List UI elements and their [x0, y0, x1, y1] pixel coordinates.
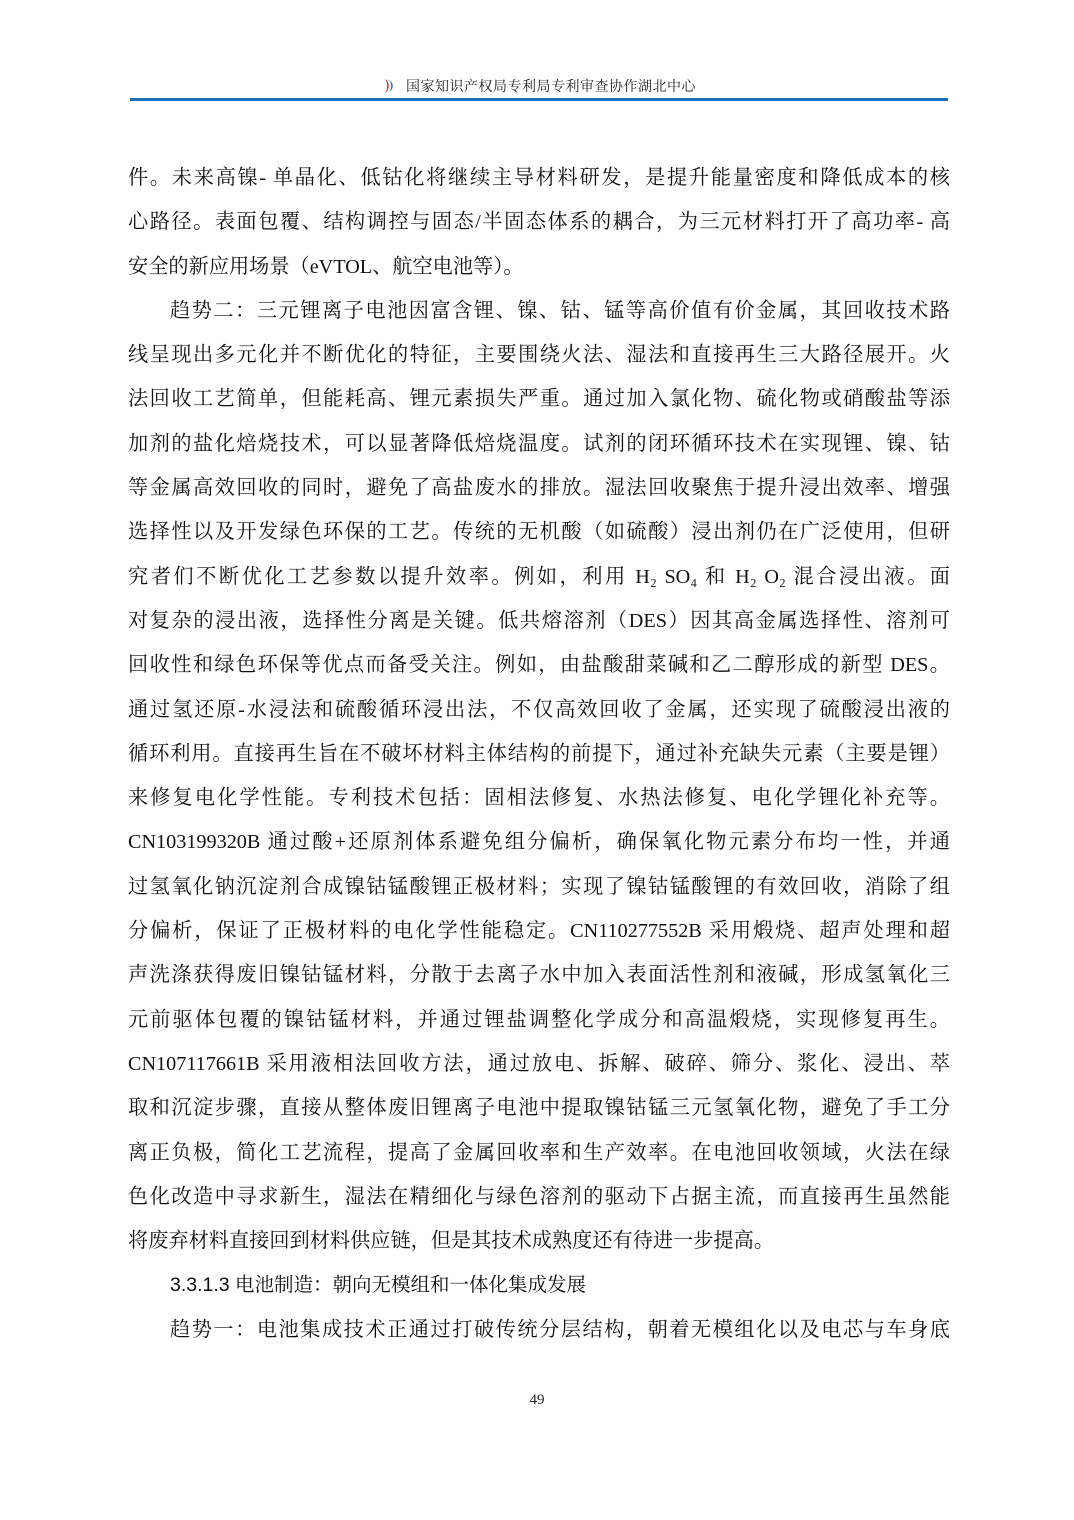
text-line: CN103199320B 通过酸+还原剂体系避免组分偏析，确保氧化物元素分布均一… — [128, 820, 950, 864]
header-rule — [130, 98, 948, 101]
text-line: CN107117661B 采用液相法回收方法，通过放电、拆解、破碎、筛分、浆化、… — [128, 1042, 950, 1086]
text-line: 选择性以及开发绿色环保的工艺。传统的无机酸（如硫酸）浸出剂仍在广泛使用，但研 — [128, 510, 950, 554]
text-line: 对复杂的浸出液，选择性分离是关键。低共熔溶剂（DES）因其高金属选择性、溶剂可 — [128, 599, 950, 643]
text-line: 回收性和绿色环保等优点而备受关注。例如，由盐酸甜菜碱和乙二醇形成的新型 DES。 — [128, 643, 950, 687]
text-line: 色化改造中寻求新生，湿法在精细化与绿色溶剂的驱动下占据主流，而直接再生虽然能 — [128, 1175, 950, 1219]
text-line: 通过氢还原-水浸法和硫酸循环浸出法，不仅高效回收了金属，还实现了硫酸浸出液的 — [128, 688, 950, 732]
text-line: 元前驱体包覆的镍钴锰材料，并通过锂盐调整化学成分和高温煅烧，实现修复再生。 — [128, 998, 950, 1042]
text-line: 加剂的盐化焙烧技术，可以显著降低焙烧温度。试剂的闭环循环技术在实现锂、镍、钴 — [128, 422, 950, 466]
page-number: 49 — [0, 1392, 1074, 1409]
text-line: 离正负极，简化工艺流程，提高了金属回收率和生产效率。在电池回收领域，火法在绿 — [128, 1131, 950, 1175]
text-line: 将废弃材料直接回到材料供应链，但是其技术成熟度还有待进一步提高。 — [128, 1219, 950, 1263]
page-header: 国家知识产权局专利局专利审查协作湖北中心 — [130, 70, 948, 104]
text-line: 来修复电化学性能。专利技术包括：固相法修复、水热法修复、电化学锂化补充等。 — [128, 776, 950, 820]
text-line: 过氢氧化钠沉淀剂合成镍钴锰酸锂正极材料；实现了镍钴锰酸锂的有效回收，消除了组 — [128, 865, 950, 909]
institution-logo-icon — [382, 78, 396, 94]
text-line: 法回收工艺简单，但能耗高、锂元素损失严重。通过加入氯化物、硫化物或硝酸盐等添 — [128, 377, 950, 421]
text-line: 线呈现出多元化并不断优化的特征，主要围绕火法、湿法和直接再生三大路径展开。火 — [128, 333, 950, 377]
text-line: 件。未来高镍- 单晶化、低钴化将继续主导材料研发，是提升能量密度和降低成本的核 — [128, 156, 950, 200]
paragraph-3: 趋势一：电池集成技术正通过打破传统分层结构，朝着无模组化以及电芯与车身底 — [128, 1308, 950, 1352]
header-title-row: 国家知识产权局专利局专利审查协作湖北中心 — [130, 76, 948, 96]
text-line: 心路径。表面包覆、结构调控与固态/半固态体系的耦合，为三元材料打开了高功率- 高 — [128, 200, 950, 244]
text-line: 等金属高效回收的同时，避免了高盐废水的排放。湿法回收聚焦于提升浸出效率、增强 — [128, 466, 950, 510]
text-line: 分偏析，保证了正极材料的电化学性能稳定。CN110277552B 采用煅烧、超声… — [128, 909, 950, 953]
text-line: 趋势二：三元锂离子电池因富含锂、镍、钴、锰等高价值有价金属，其回收技术路 — [128, 289, 950, 333]
text-line: 声洗涤获得废旧镍钴锰材料，分散于去离子水中加入表面活性剂和液碱，形成氢氧化三 — [128, 953, 950, 997]
text-line: 取和沉淀步骤，直接从整体废旧锂离子电池中提取镍钴锰三元氢氧化物，避免了手工分 — [128, 1086, 950, 1130]
paragraph-2: 趋势二：三元锂离子电池因富含锂、镍、钴、锰等高价值有价金属，其回收技术路 线呈现… — [128, 289, 950, 1264]
text-line: 安全的新应用场景（eVTOL、航空电池等）。 — [128, 245, 950, 289]
text-line: 循环利用。直接再生旨在不破坏材料主体结构的前提下，通过补充缺失元素（主要是锂） — [128, 732, 950, 776]
section-heading: 3.3.1.3 电池制造：朝向无模组和一体化集成发展 — [128, 1263, 950, 1307]
header-title: 国家知识产权局专利局专利审查协作湖北中心 — [406, 79, 696, 95]
paragraph-1: 件。未来高镍- 单晶化、低钴化将继续主导材料研发，是提升能量密度和降低成本的核 … — [128, 156, 950, 289]
text-line: 趋势一：电池集成技术正通过打破传统分层结构，朝着无模组化以及电芯与车身底 — [128, 1308, 950, 1352]
document-body: 件。未来高镍- 单晶化、低钴化将继续主导材料研发，是提升能量密度和降低成本的核 … — [128, 156, 950, 1352]
text-line: 究者们不断优化工艺参数以提升效率。例如，利用 H₂ SO₄ 和 H₂ O₂ 混合… — [128, 555, 950, 599]
